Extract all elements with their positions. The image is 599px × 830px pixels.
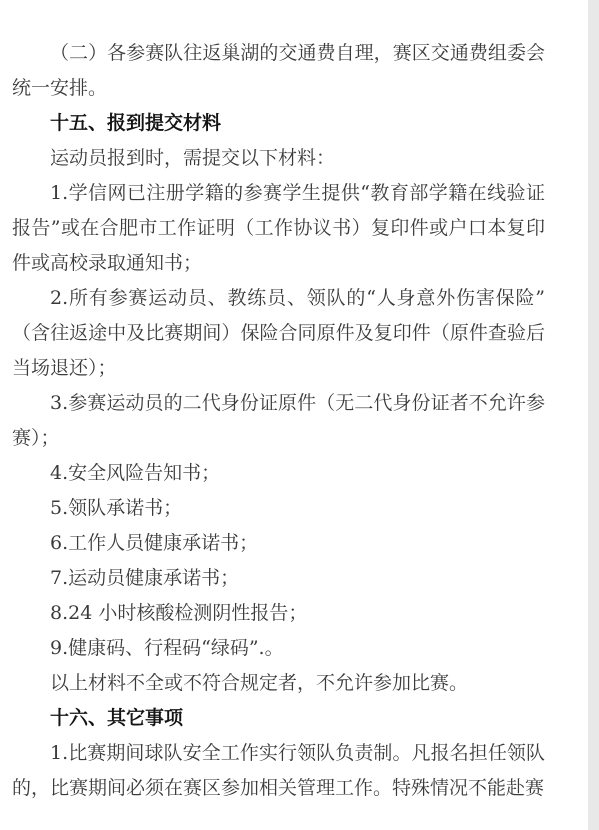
- section-heading-15: 十五、报到提交材料: [12, 106, 545, 141]
- paragraph-item-1: 1.学信网已注册学籍的参赛学生提供“教育部学籍在线验证报告”或在合肥市工作证明（…: [12, 176, 545, 281]
- paragraph-item-5: 5.领队承诺书；: [12, 491, 545, 526]
- page-gutter: [588, 0, 599, 830]
- paragraph-materials-warning: 以上材料不全或不符合规定者，不允许参加比赛。: [12, 666, 545, 701]
- paragraph-item-4: 4.安全风险告知书；: [12, 456, 545, 491]
- document-page: （二）各参赛队往返巢湖的交通费自理，赛区交通费组委会统一安排。 十五、报到提交材…: [0, 0, 588, 830]
- section-heading-16: 十六、其它事项: [12, 701, 545, 736]
- paragraph-item-7: 7.运动员健康承诺书；: [12, 561, 545, 596]
- paragraph-item-9: 9.健康码、行程码“绿码”.。: [12, 631, 545, 666]
- paragraph-item-3: 3.参赛运动员的二代身份证原件（无二代身份证者不允许参赛）；: [12, 386, 545, 456]
- paragraph-transport-fee: （二）各参赛队往返巢湖的交通费自理，赛区交通费组委会统一安排。: [12, 36, 545, 106]
- paragraph-item-6: 6.工作人员健康承诺书；: [12, 526, 545, 561]
- paragraph-other-item-1: 1.比赛期间球队安全工作实行领队负责制。凡报名担任领队的，比赛期间必须在赛区参加…: [12, 736, 545, 806]
- paragraph-intro-materials: 运动员报到时，需提交以下材料：: [12, 141, 545, 176]
- paragraph-item-2: 2.所有参赛运动员、教练员、领队的“人身意外伤害保险”（含往返途中及比赛期间）保…: [12, 281, 545, 386]
- document-text-block: （二）各参赛队往返巢湖的交通费自理，赛区交通费组委会统一安排。 十五、报到提交材…: [12, 36, 545, 806]
- paragraph-item-8: 8.24 小时核酸检测阴性报告；: [12, 596, 545, 631]
